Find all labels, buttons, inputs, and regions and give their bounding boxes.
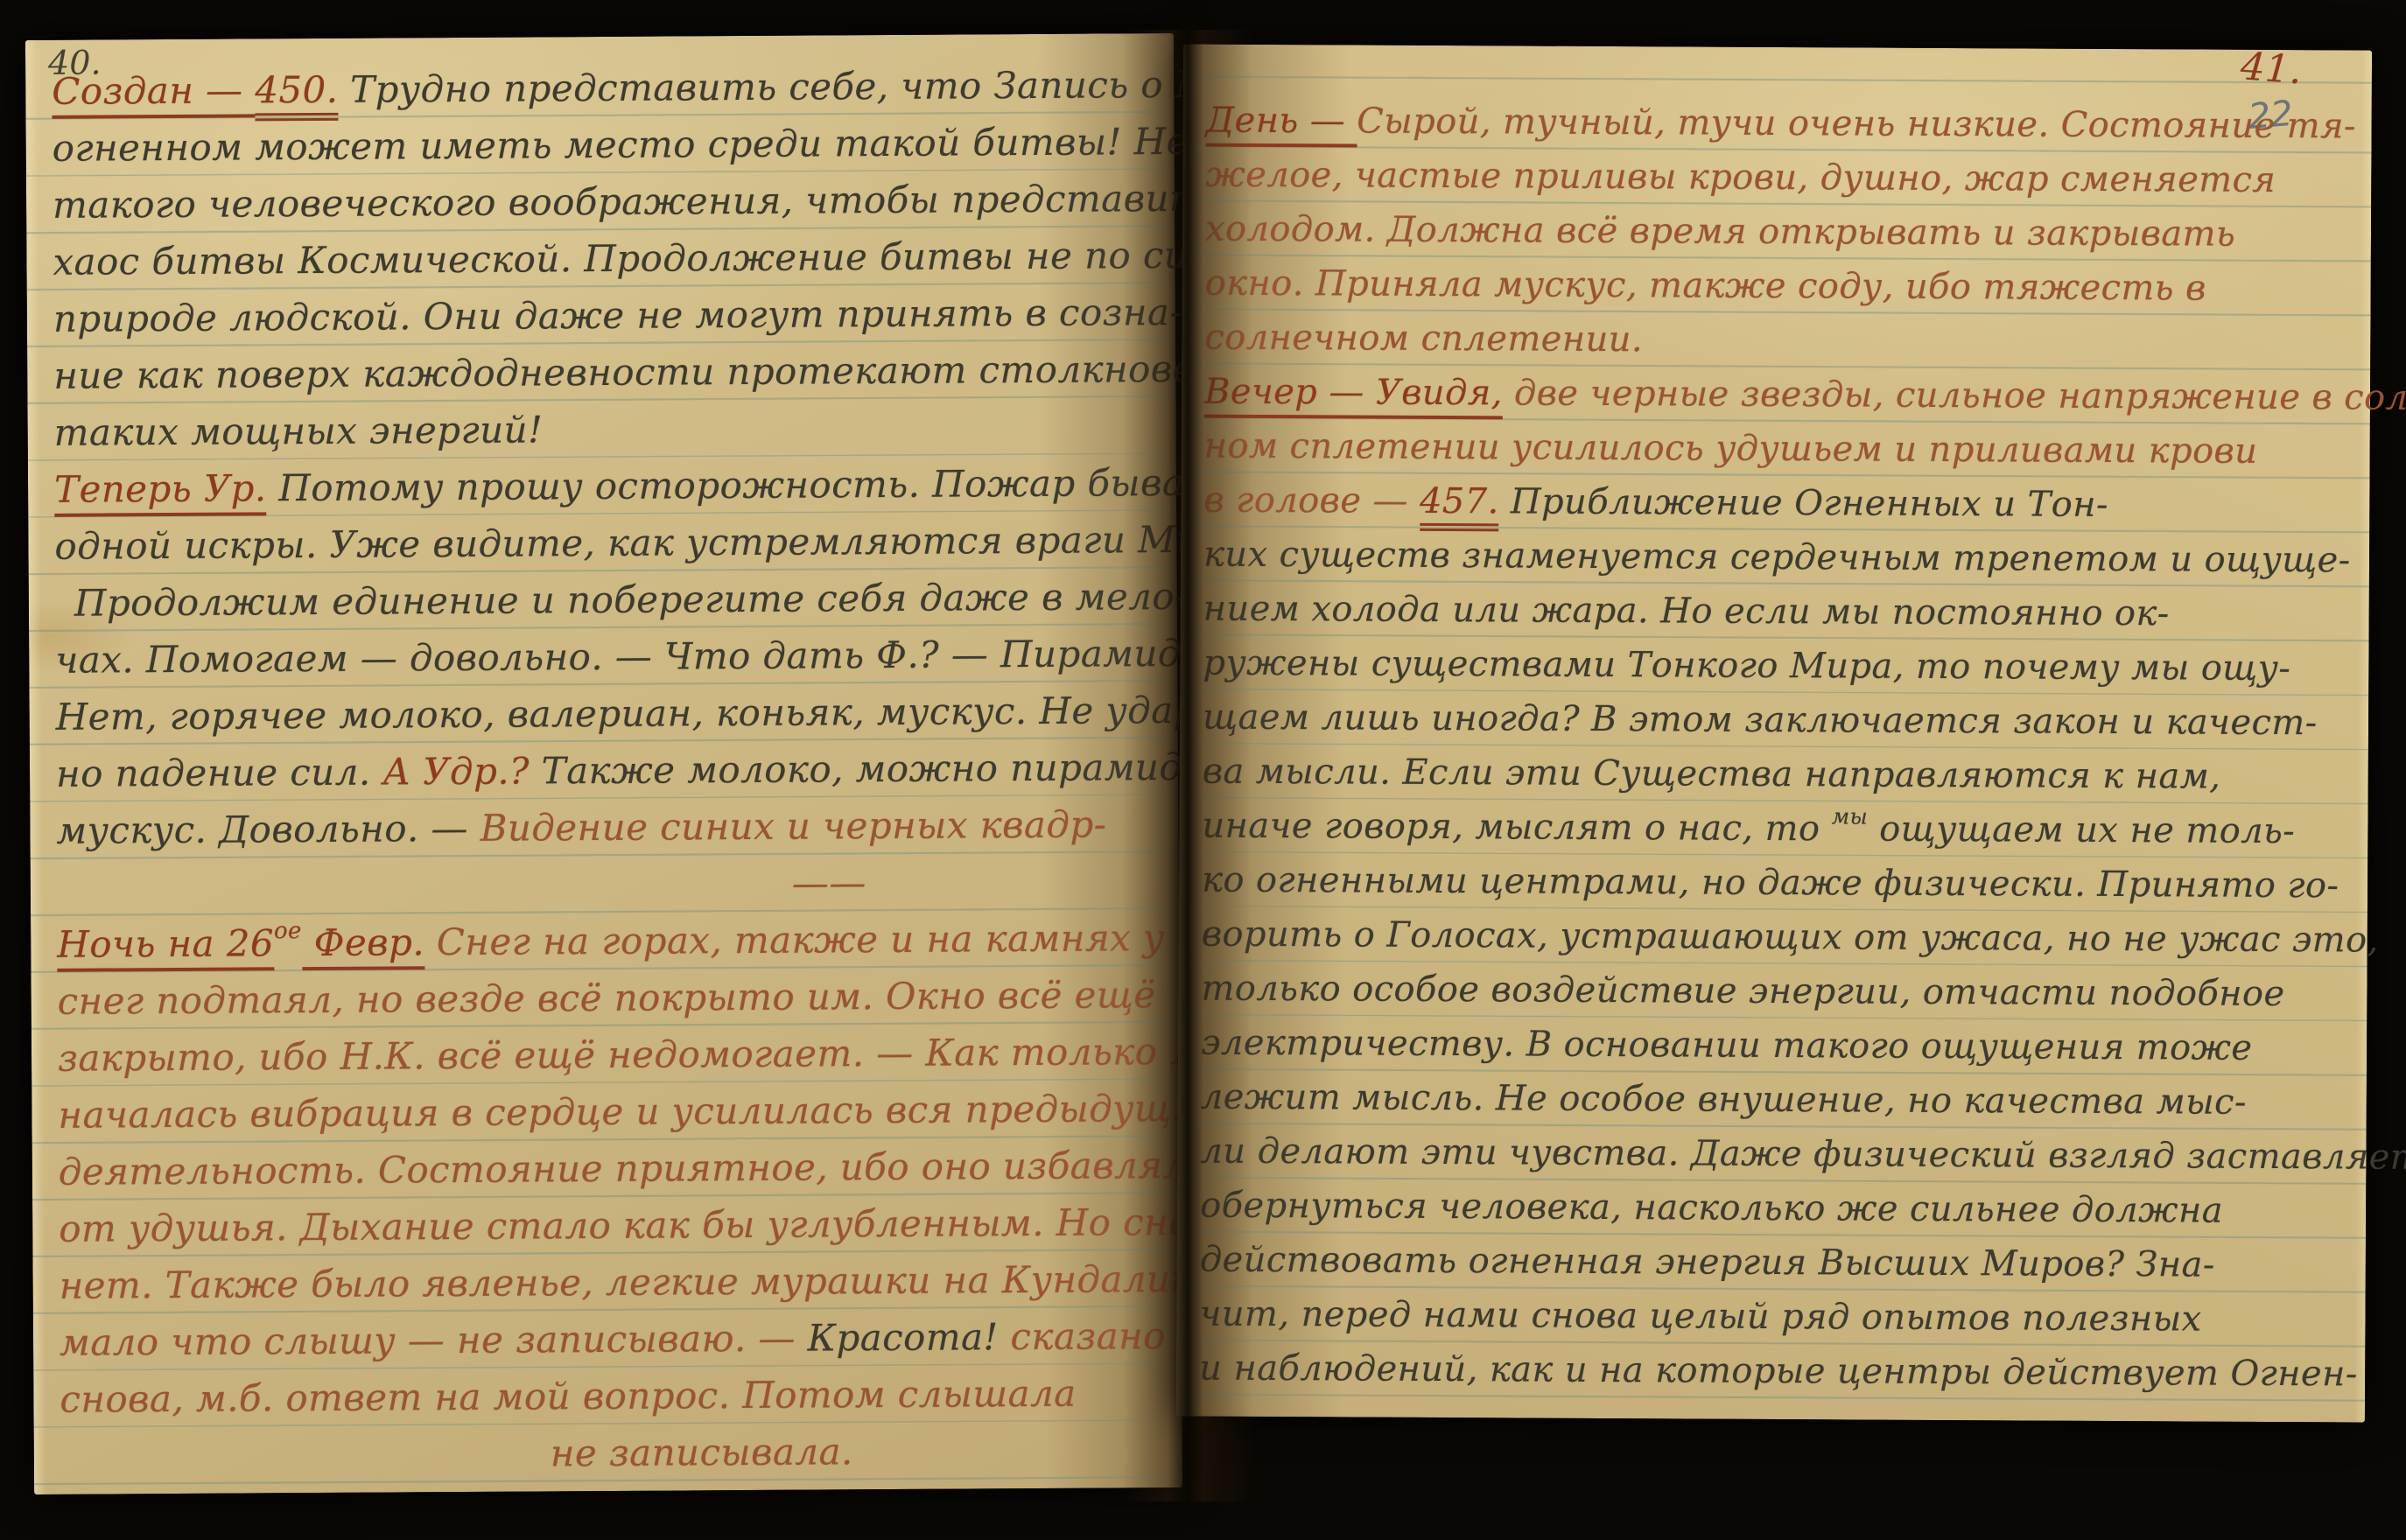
text-segment: электричеству. В основании такого ощущен… [1201, 1023, 2253, 1068]
manuscript-line: иначе говоря, мыслят о нас, то мы ощущае… [1202, 799, 2345, 859]
text-segment: окно. Приняла мускус, также соду, ибо тя… [1205, 263, 2206, 309]
manuscript-line: ние как поверх каждодневности протекают … [53, 340, 1158, 404]
text-segment: ворить о Голосах, устрашающих от ужаса, … [1202, 914, 2379, 961]
text-segment: ли делают эти чувства. Даже физический в… [1200, 1131, 2406, 1178]
text-segment: снег подтаял, но везде всё покрыто им. О… [57, 973, 1155, 1023]
text-segment: в голове — [1203, 480, 1420, 521]
text-segment: солнечном сплетении. [1204, 318, 1643, 360]
manuscript-line: ва мысли. Если эти Существа направляются… [1203, 745, 2346, 805]
manuscript-line: Продолжим единение и поберегите себя даж… [55, 568, 1160, 632]
text-segment: Нет, горячее молоко, валериан, коньяк, м… [56, 689, 1210, 738]
manuscript-line: солнечном сплетении. [1204, 311, 2347, 371]
text-segment: лежит мысль. Не особое внушение, но каче… [1201, 1077, 2247, 1123]
text-segment: нием холода или жара. Но если мы постоян… [1203, 589, 2170, 634]
text-segment: ном сплетении усилилось удушьем и прилив… [1204, 426, 2258, 472]
text-segment: мало что слышу — не записываю. — [60, 1317, 808, 1364]
manuscript-line: Ночь на 26ое Февр. Снег на горах, также … [57, 909, 1161, 973]
diary-scan: { "document": { "kind": "handwritten dia… [0, 0, 2406, 1540]
text-segment: только особое воздействие энергии, отчас… [1201, 969, 2284, 1014]
manuscript-line: желое, частые приливы крови, душно, жар … [1205, 148, 2348, 208]
text-segment: холодом. Должна всё время открывать и за… [1205, 209, 2235, 255]
text-segment: Трудно представить себе, что Запись о Ми… [338, 62, 1283, 111]
manuscript-line: ворить о Голосах, устрашающих от ужаса, … [1202, 907, 2345, 968]
right-page: 41. 22 День — Сырой, тучный, тучи очень … [1176, 44, 2372, 1422]
left-page: 40. Создан — 450. Трудно представить себ… [25, 33, 1182, 1494]
page-number-right: 41. [2239, 44, 2304, 93]
text-segment: мускус. Довольно. — [56, 807, 480, 852]
manuscript-line: хаос битвы Космической. Продолжение битв… [53, 227, 1157, 290]
manuscript-line: деятельность. Состояние приятное, ибо он… [59, 1137, 1163, 1200]
text-segment: действовать огненная энергия Высших Миро… [1200, 1240, 2215, 1285]
text-segment: Видение синих и черных квадр- [480, 802, 1106, 849]
manuscript-line: окно. Приняла мускус, также соду, ибо тя… [1205, 256, 2348, 317]
manuscript-line: Нет, горячее молоко, валериан, коньяк, м… [55, 682, 1160, 745]
text-segment: День — [1206, 101, 1357, 148]
manuscript-line: холодом. Должна всё время открывать и за… [1205, 202, 2348, 262]
manuscript-line: Теперь Ур. Потому прошу осторожность. По… [54, 454, 1159, 518]
manuscript-line: но падение сил. А Удр.? Также молоко, мо… [56, 738, 1161, 802]
manuscript-line: нет. Также было явленье, легкие мурашки … [59, 1250, 1163, 1314]
text-segment: ние как поверх каждодневности протекают … [53, 346, 1268, 396]
manuscript-line: только особое воздействие энергии, отчас… [1201, 962, 2344, 1022]
text-segment: природе людской. Они даже не могут приня… [53, 290, 1182, 340]
manuscript-line: в голове — 457. Приближение Огненных и Т… [1203, 473, 2346, 534]
manuscript-line: началась вибрация в сердце и усилилась в… [58, 1080, 1162, 1144]
text-segment: иначе говоря, мыслят о нас, то [1202, 806, 1831, 850]
manuscript-line: ко огненными центрами, но даже физически… [1202, 853, 2345, 913]
text-segment: —— [792, 861, 866, 905]
text-segment: щаем лишь иногда? В этом заключается зак… [1203, 697, 2318, 744]
text-segment: Ночь на 26 [57, 921, 274, 972]
manuscript-line: мало что слышу — не записываю. — Красота… [60, 1307, 1164, 1371]
text-segment: хаос битвы Космической. Продолжение битв… [53, 233, 1265, 283]
manuscript-line: День — Сырой, тучный, тучи очень низкие.… [1205, 94, 2348, 154]
manuscript-line: щаем лишь иногда? В этом заключается зак… [1203, 690, 2346, 751]
manuscript-line: и наблюдений, как и на которые центры де… [1199, 1341, 2342, 1402]
text-segment: ва мысли. Если эти Существа направляются… [1203, 752, 2221, 797]
text-segment: чит, перед нами снова целый ряд опытов п… [1199, 1294, 2201, 1340]
manuscript-line: ких существ знаменуется сердечным трепет… [1203, 528, 2346, 588]
text-segment: одной искры. Уже видите, как устремляютс… [54, 517, 1261, 567]
text-segment: но падение сил. [56, 751, 382, 795]
left-page-lines: Создан — 450. Трудно представить себе, ч… [52, 56, 1165, 1485]
text-segment: нет. Также было явленье, легкие мурашки … [59, 1257, 1231, 1307]
text-segment: Приближение Огненных и Тон- [1499, 481, 2108, 525]
text-segment: таких мощных энергий! [54, 408, 544, 453]
manuscript-line: чит, перед нами снова целый ряд опытов п… [1199, 1287, 2342, 1347]
text-segment: ко огненными центрами, но даже физически… [1202, 860, 2339, 906]
manuscript-line: закрыто, ибо Н.К. всё ещё недомогает. — … [58, 1023, 1162, 1087]
text-segment: такого человеческого воображения, чтобы … [53, 176, 1325, 227]
manuscript-line: действовать огненная энергия Высших Миро… [1200, 1233, 2343, 1293]
manuscript-line: таких мощных энергий! [53, 397, 1158, 461]
text-segment: снова, м.б. ответ на мой вопрос. Потом с… [60, 1372, 1076, 1421]
manuscript-line: ном сплетении усилилось удушьем и прилив… [1204, 419, 2347, 479]
text-segment: ких существ знаменуется сердечным трепет… [1203, 535, 2351, 581]
manuscript-line: —— [57, 852, 1161, 916]
text-segment: закрыто, ибо Н.К. всё ещё недомогает. — … [58, 1029, 1280, 1080]
text-segment: 457. [1420, 481, 1499, 531]
manuscript-line: электричеству. В основании такого ощущен… [1201, 1016, 2344, 1076]
manuscript-line: от удушья. Дыхание стало как бы углублен… [59, 1193, 1163, 1257]
text-segment: ое [274, 919, 302, 945]
text-segment: Также молоко, можно пирамидон, [530, 745, 1242, 793]
manuscript-line: ружены существами Тонкого Мира, то почем… [1203, 636, 2346, 696]
text-segment: Теперь Ур. [54, 466, 267, 516]
text-segment: от удушья. Дыхание стало как бы углублен… [59, 1200, 1191, 1250]
text-segment: Продолжим единение и поберегите себя даж… [74, 575, 1188, 625]
text-segment: деятельность. Состояние приятное, ибо он… [59, 1144, 1210, 1193]
text-segment: Создан — [52, 68, 255, 118]
manuscript-line: обернуться человека, насколько же сильне… [1200, 1179, 2343, 1239]
text-segment: обернуться человека, насколько же сильне… [1200, 1186, 2223, 1231]
manuscript-line: такого человеческого воображения, чтобы … [53, 170, 1157, 234]
text-segment: мы [1832, 804, 1869, 829]
manuscript-line: чах. Помогаем — довольно. — Что дать Ф.?… [55, 625, 1160, 689]
manuscript-line: природе людской. Они даже не могут приня… [53, 283, 1158, 347]
right-page-lines: День — Сырой, тучный, тучи очень низкие.… [1199, 94, 2349, 1402]
manuscript-line: Создан — 450. Трудно представить себе, ч… [52, 56, 1156, 120]
text-segment: огненном может иметь место среди такой б… [53, 120, 1224, 170]
text-segment: Красота! [807, 1315, 998, 1359]
text-segment: Потому прошу осторожность. Пожар бывает … [266, 460, 1311, 509]
manuscript-line: ли делают эти чувства. Даже физический в… [1200, 1124, 2343, 1185]
text-segment: А Удр.? [382, 750, 530, 794]
text-segment: и наблюдений, как и на которые центры де… [1199, 1348, 2358, 1395]
text-segment: Сырой, тучный, тучи очень низкие. Состоя… [1357, 101, 2356, 146]
manuscript-line: снова, м.б. ответ на мой вопрос. Потом с… [60, 1364, 1164, 1428]
text-segment: желое, частые приливы крови, душно, жар … [1205, 155, 2276, 200]
text-segment: сказано [999, 1314, 1166, 1358]
manuscript-line: огненном может иметь место среди такой б… [52, 113, 1156, 177]
text-segment: Вечер — Увидя, [1204, 372, 1503, 420]
manuscript-line: одной искры. Уже видите, как устремляютс… [54, 511, 1159, 575]
text-segment: 450. [255, 68, 338, 122]
text-segment: ружены существами Тонкого Мира, то почем… [1203, 643, 2290, 689]
manuscript-line: лежит мысль. Не особое внушение, но каче… [1201, 1070, 2344, 1130]
text-segment: не записывала. [551, 1430, 853, 1474]
manuscript-line: мускус. Довольно. — Видение синих и черн… [56, 795, 1161, 859]
text-segment: ощущаем их не толь- [1868, 809, 2295, 852]
manuscript-line: не записывала. [60, 1421, 1165, 1485]
text-segment: две черные звезды, сильное напряжение в … [1503, 373, 2406, 418]
text-segment: чах. Помогаем — довольно. — Что дать Ф.?… [55, 631, 1249, 681]
text-segment: Снег на горах, также и на камнях у дома [424, 915, 1276, 963]
manuscript-line: нием холода или жара. Но если мы постоян… [1203, 582, 2346, 642]
manuscript-line: Вечер — Увидя, две черные звезды, сильно… [1204, 365, 2347, 425]
manuscript-line: снег подтаял, но везде всё покрыто им. О… [57, 966, 1161, 1030]
text-segment: Февр. [302, 920, 424, 970]
text-segment: началась вибрация в сердце и усилилась в… [58, 1087, 1183, 1137]
